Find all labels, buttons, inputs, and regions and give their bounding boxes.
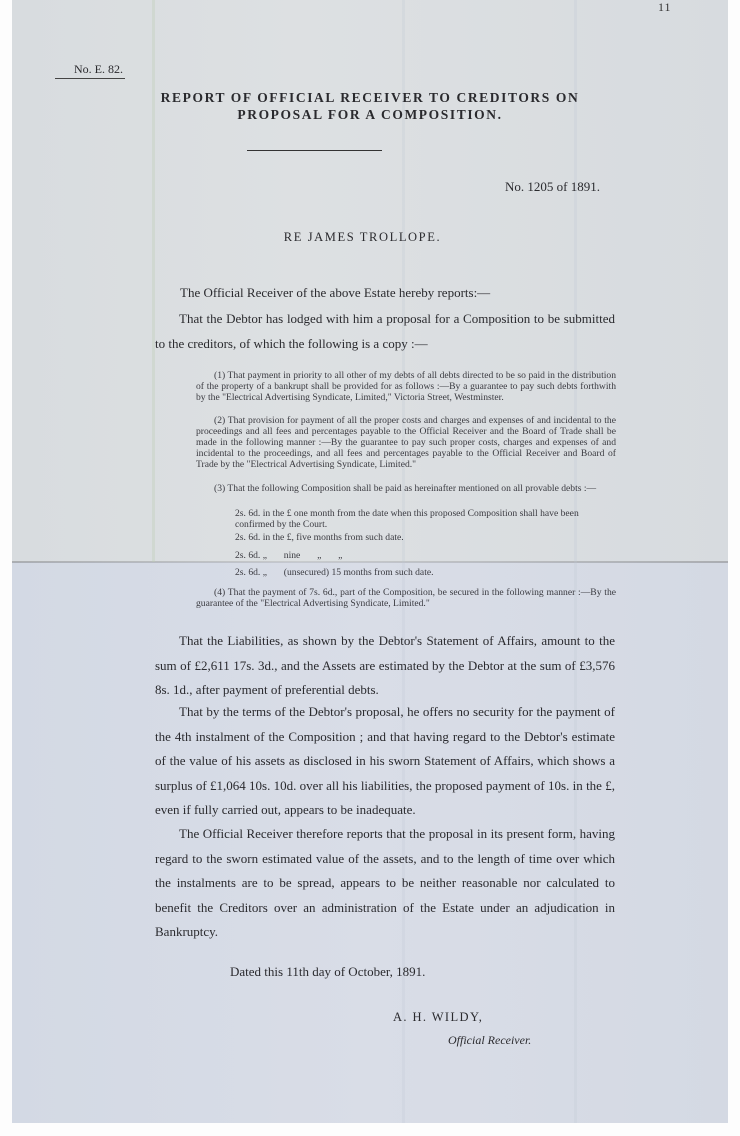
terms-text: That by the terms of the Debtor's propos… xyxy=(155,704,615,817)
vertical-crease xyxy=(152,0,155,562)
case-heading: RE JAMES TROLLOPE. xyxy=(250,230,475,245)
intro-paragraph: The Official Receiver of the above Estat… xyxy=(180,281,640,306)
lodged-paragraph: That the Debtor has lodged with him a pr… xyxy=(155,307,615,356)
title-divider xyxy=(247,150,382,151)
document-page xyxy=(12,0,728,1123)
document-title: REPORT OF OFFICIAL RECEIVER TO CREDITORS… xyxy=(100,89,640,123)
proposal-clause-2: (2) That provision for payment of all th… xyxy=(196,415,616,474)
form-number-rule xyxy=(55,78,125,79)
clause-3-text: (3) That the following Composition shall… xyxy=(196,483,616,494)
instalment-amount: 2s. 6d. xyxy=(235,508,260,519)
date-line: Dated this 11th day of October, 1891. xyxy=(230,960,690,985)
liabilities-text: That the Liabilities, as shown by the De… xyxy=(155,633,615,697)
page-corner-mark: 11 xyxy=(658,0,672,15)
form-number: No. E. 82. xyxy=(74,62,123,77)
instalment-amount: 2s. 6d. xyxy=(235,567,260,578)
proposal-clause-4: (4) That the payment of 7s. 6d., part of… xyxy=(196,587,616,613)
instalment-amount: 2s. 6d. xyxy=(235,550,260,561)
vertical-crease xyxy=(402,0,405,1123)
title-line-1: REPORT OF OFFICIAL RECEIVER TO CREDITORS… xyxy=(100,89,640,106)
liabilities-paragraph: That the Liabilities, as shown by the De… xyxy=(155,629,615,703)
case-number: No. 1205 of 1891. xyxy=(500,179,600,195)
instalment-amount: 2s. 6d. xyxy=(235,532,260,543)
instalment-text: „ nine „ „ xyxy=(263,550,343,561)
instalment-text: in the £, five months from such date. xyxy=(263,532,404,543)
signatory-name: A. H. WILDY, xyxy=(393,1010,483,1025)
conclusion-paragraph: The Official Receiver therefore reports … xyxy=(155,822,615,945)
clause-1-text: (1) That payment in priority to all othe… xyxy=(196,370,616,403)
fold-crease xyxy=(12,561,728,563)
clause-4-text: (4) That the payment of 7s. 6d., part of… xyxy=(196,587,616,609)
vertical-crease xyxy=(574,0,577,1123)
proposal-clause-3: (3) That the following Composition shall… xyxy=(196,483,616,498)
instalment-text: „ (unsecured) 15 months from such date. xyxy=(263,567,434,578)
instalment-row: 2s. 6d. „ nine „ „ xyxy=(235,550,342,561)
lodged-text: That the Debtor has lodged with him a pr… xyxy=(155,311,615,351)
instalment-row: 2s. 6d. in the £ one month from the date… xyxy=(235,508,615,530)
instalment-row: 2s. 6d. „ (unsecured) 15 months from suc… xyxy=(235,567,434,578)
instalment-row: 2s. 6d. in the £, five months from such … xyxy=(235,532,404,543)
signatory-title: Official Receiver. xyxy=(448,1033,531,1048)
title-line-2: PROPOSAL FOR A COMPOSITION. xyxy=(100,106,640,123)
terms-paragraph: That by the terms of the Debtor's propos… xyxy=(155,700,615,823)
clause-2-text: (2) That provision for payment of all th… xyxy=(196,415,616,470)
conclusion-text: The Official Receiver therefore reports … xyxy=(155,826,615,939)
proposal-clause-1: (1) That payment in priority to all othe… xyxy=(196,370,616,407)
instalment-text: in the £ one month from the date when th… xyxy=(235,508,579,530)
